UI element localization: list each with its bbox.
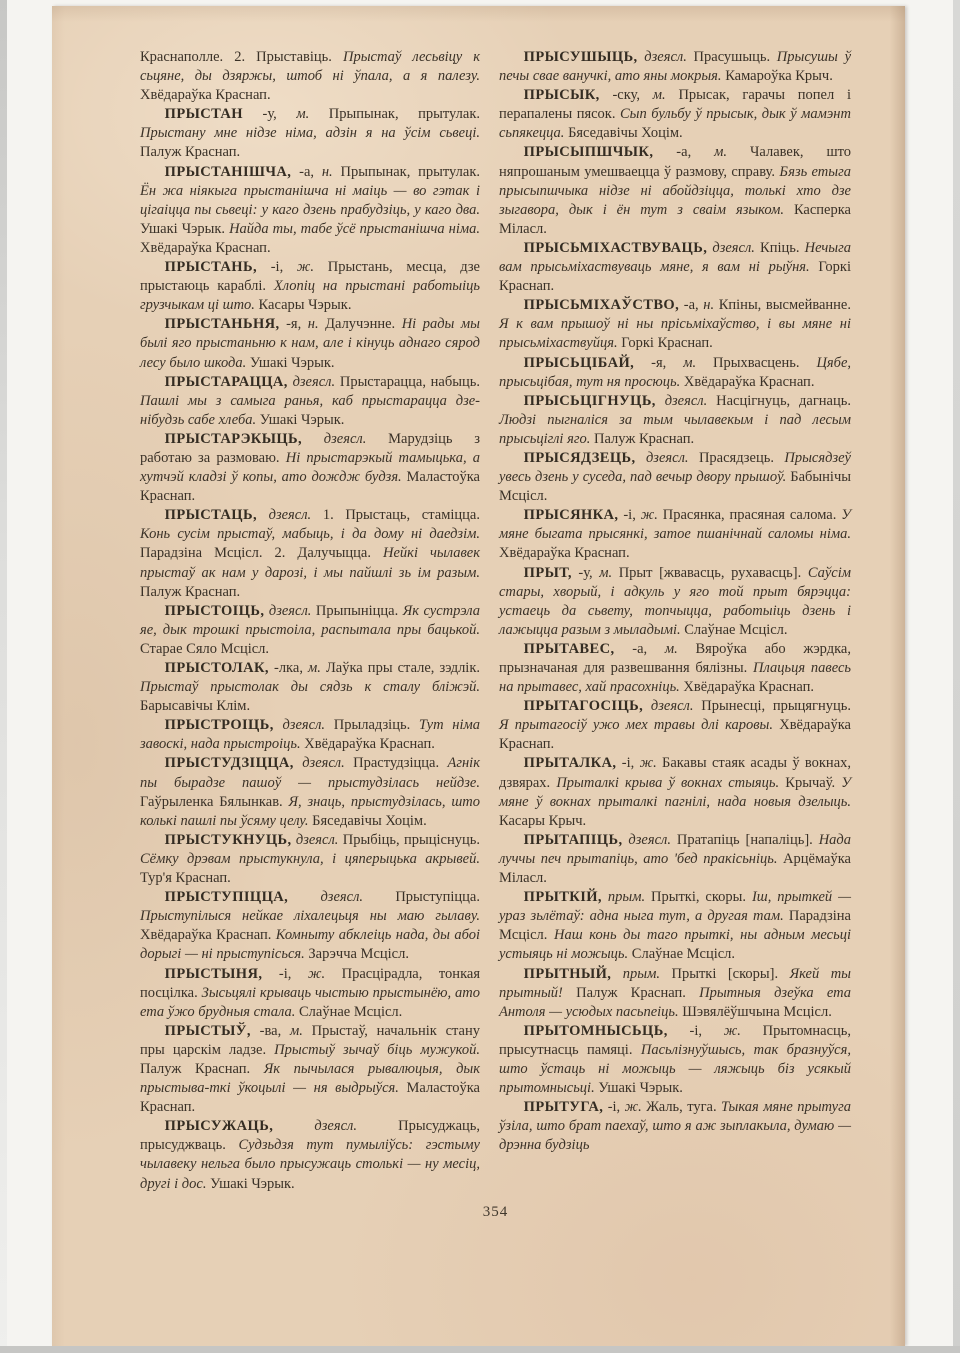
text-run: Прыткі [скоры].	[660, 966, 790, 982]
dictionary-entry: ПРЫСТЫЎ, -ва, м. Прыстаў, начальнік стан…	[140, 1022, 480, 1117]
text-run: Парадзіна Мсцісл. 2. Далучыцца.	[140, 545, 383, 561]
text-run: Прыхвасцень.	[696, 355, 816, 371]
dictionary-entry: ПРЫСТАРАЦЦА, дзеясл. Прыстарацца, набыць…	[140, 373, 480, 430]
italic-run: ж.	[625, 1099, 642, 1115]
headword: ПРЫТУГА,	[524, 1099, 604, 1115]
scanner-background: Краснаполле. 2. Прыставіць. Прыстаў лесь…	[0, 0, 960, 1353]
headword: ПРЫСТАНЬНЯ,	[165, 316, 280, 332]
italic-run: м.	[290, 1023, 303, 1039]
italic-run: дзеясл.	[264, 603, 311, 619]
text-run: Слаўнае Мсцісл.	[632, 946, 735, 962]
text-run: Лаўка пры стале, зэдлік.	[321, 660, 480, 676]
italic-run: дзеясл.	[274, 717, 325, 733]
headword: ПРЫТАЛКА,	[524, 755, 617, 771]
dictionary-entry: ПРЫТНЫЙ, прым. Прыткі [скоры]. Якей ты п…	[499, 965, 851, 1022]
italic-run: н.	[703, 297, 714, 313]
text-run: Палуж Краснап.	[576, 985, 699, 1001]
dictionary-entry: ПРЫСТАЦЬ, дзеясл. 1. Прыстаць, стаміцца.…	[140, 506, 480, 601]
headword: ПРЫСЬЦІБАЙ,	[524, 355, 635, 371]
text-run: Прыладзіць.	[325, 717, 419, 733]
text-run: -і,	[262, 966, 308, 982]
text-run: Жаль, туга.	[642, 1099, 721, 1115]
text-run: -і,	[257, 259, 297, 275]
text-run: Прасушыць.	[687, 49, 777, 65]
italic-run: дзеясл.	[288, 889, 363, 905]
italic-run: Прыталкі крыва ў вокнах стыяць.	[556, 775, 785, 791]
text-run: Прыт [жвавасць, рухавасць].	[612, 565, 808, 581]
text-run: -ску,	[600, 87, 653, 103]
text-run: Гаўрыленка Бялынкав.	[140, 794, 288, 810]
italic-run: Конь сусім прыстаў, мабыць, і да дому ні…	[140, 526, 480, 542]
left-column: Краснаполле. 2. Прыставіць. Прыстаў лесь…	[140, 48, 480, 1194]
scan-edge-bottom	[0, 1346, 960, 1353]
dictionary-entry: ПРЫСЫК, -ску, м. Прысак, гарачы попел і …	[499, 86, 851, 143]
dictionary-entry: ПРЫСТАНІШЧА, -а, н. Прыпынак, прытулак. …	[140, 163, 480, 258]
headword: ПРЫТАГОСІЦЬ,	[524, 698, 644, 714]
italic-run: дзеясл.	[257, 507, 311, 523]
dictionary-entry: ПРЫСТОЛАК, -лка, м. Лаўка пры стале, зэд…	[140, 659, 480, 716]
italic-run: Найда ты, табе ўсё прыстанішча німа.	[229, 221, 480, 237]
scan-edge-right	[953, 0, 960, 1353]
dictionary-entry: ПРЫСТУДЗІЦЦА, дзеясл. Прастудзіцца. Агні…	[140, 754, 480, 830]
italic-run: дзеясл.	[623, 832, 671, 848]
italic-run: ж.	[641, 507, 658, 523]
text-run: Прасядзець.	[689, 450, 785, 466]
italic-run: дзеясл.	[288, 374, 335, 390]
text-run: Ушакі Чэрык.	[598, 1080, 683, 1096]
italic-run: дзеясл.	[638, 49, 687, 65]
italic-run: Прыстану мне нідзе німа, адзін я на ўсім…	[140, 125, 480, 141]
dictionary-entry: ПРЫСЬЦІБАЙ, -я, м. Прыхвасцень. Цябе, пр…	[499, 354, 851, 392]
italic-run: Сёмку дрэвам прыстукнула, і цяперыцька а…	[140, 851, 480, 867]
italic-run: прым.	[602, 889, 645, 905]
headword: ПРЫСТЫНЯ,	[165, 966, 263, 982]
headword: ПРЫСТУКНУЦЬ,	[165, 832, 292, 848]
italic-run: ж.	[308, 966, 325, 982]
text-run: Тур'я Краснап.	[140, 870, 231, 886]
italic-run: Прыстаў прыстолак ды сядзь к сталу бліжэ…	[140, 679, 480, 695]
headword: ПРЫТКІЙ,	[524, 889, 602, 905]
headword: ПРЫСТОЛАК,	[165, 660, 269, 676]
headword: ПРЫСУЖАЦЬ,	[165, 1118, 274, 1134]
text-run: Хвёдараўка Краснап.	[140, 240, 271, 256]
italic-run: м.	[296, 106, 309, 122]
text-run: -і,	[603, 1099, 624, 1115]
dictionary-entry: ПРЫСЯДЗЕЦЬ, дзеясл. Прасядзець. Прысядзе…	[499, 449, 851, 506]
text-run: Хвёдараўка Краснап.	[684, 374, 815, 390]
headword: ПРЫСТОІЦЬ,	[165, 603, 265, 619]
italic-run: ж.	[297, 259, 314, 275]
text-run: -лка,	[269, 660, 308, 676]
dictionary-entry: ПРЫСУШЫЦЬ, дзеясл. Прасушыць. Прысушы ў …	[499, 48, 851, 86]
headword: ПРЫСТРОІЦЬ,	[165, 717, 274, 733]
dictionary-entry: ПРЫТУГА, -і, ж. Жаль, туга. Тыкая мяне п…	[499, 1098, 851, 1155]
headword: ПРЫСТУПІЦЦА,	[165, 889, 289, 905]
headword: ПРЫСТАЦЬ,	[165, 507, 257, 523]
italic-run: н.	[322, 164, 333, 180]
text-run: Касары Крыч.	[499, 813, 586, 829]
italic-run: Прыстыў зычаў біць мужукой.	[274, 1042, 480, 1058]
text-run: 1. Прыстаць, стаміцца.	[311, 507, 480, 523]
italic-run: ж.	[640, 755, 657, 771]
text-run: Пратапіць [напаліць].	[671, 832, 819, 848]
text-run: Прыпынак, прытулак.	[333, 164, 480, 180]
text-run: -у,	[243, 106, 296, 122]
headword: ПРЫСТАНЬ,	[165, 259, 257, 275]
text-run: Хвёдараўка Краснап.	[140, 87, 271, 103]
italic-run: дзеясл.	[294, 755, 345, 771]
italic-run: м.	[599, 565, 612, 581]
scan-edge-left	[0, 0, 7, 1353]
dictionary-entry: ПРЫСЬЦІГНУЦЬ, дзеясл. Насцігнуць, дагнац…	[499, 392, 851, 449]
dictionary-entry: ПРЫСТАНЬ, -і, ж. Прыстань, месца, дзе пр…	[140, 258, 480, 315]
dictionary-entry: ПРЫТКІЙ, прым. Прыткі, скоры. Іш, прытке…	[499, 888, 851, 964]
text-run: -а,	[614, 641, 664, 657]
text-run: Палуж Краснап.	[140, 1061, 264, 1077]
text-run: Бяседавічы Хоцім.	[568, 125, 683, 141]
text-run: Зарэчча Мсцісл.	[308, 946, 409, 962]
text-run: Ушакі Чэрык.	[250, 355, 335, 371]
headword: ПРЫСТАРАЦЦА,	[165, 374, 288, 390]
headword: ПРЫТАВЕС,	[524, 641, 615, 657]
headword: ПРЫСТЫЎ,	[165, 1023, 251, 1039]
text-run: Прыстарацца, набыць.	[335, 374, 480, 390]
text-run: Прынесці, прыцягнуць.	[693, 698, 851, 714]
text-run: -а,	[679, 297, 703, 313]
headword: ПРЫСЫПШЧЫК,	[524, 144, 654, 160]
right-column: ПРЫСУШЫЦЬ, дзеясл. Прасушыць. Прысушы ў …	[499, 48, 851, 1194]
text-run: Кпіны, высмейванне.	[714, 297, 851, 313]
dictionary-entry: ПРЫСЬМІХАСТВУВАЦЬ, дзеясл. Кпіць. Нечыга…	[499, 239, 851, 296]
headword: ПРЫСЯДЗЕЦЬ,	[524, 450, 636, 466]
text-run: Слаўнае Мсцісл.	[684, 622, 787, 638]
dictionary-entry: ПРЫСТЫНЯ, -і, ж. Прасцірадла, тонкая пос…	[140, 965, 480, 1022]
italic-run: м.	[665, 641, 678, 657]
headword: ПРЫСУШЫЦЬ,	[524, 49, 638, 65]
text-run: -ва,	[251, 1023, 290, 1039]
headword: ПРЫСЬЦІГНУЦЬ,	[524, 393, 656, 409]
text-run: -а,	[291, 164, 322, 180]
italic-run: м.	[308, 660, 321, 676]
dictionary-entry: ПРЫТАГОСІЦЬ, дзеясл. Прынесці, прыцягнуц…	[499, 697, 851, 754]
text-run: -і,	[668, 1023, 724, 1039]
text-run: Ушакі Чэрык.	[210, 1176, 295, 1192]
text-run: Крычаў.	[785, 775, 841, 791]
italic-run: дзеясл.	[636, 450, 689, 466]
text-run: Ушакі Чэрык.	[260, 412, 345, 428]
text-run: Старае Сяло Мсцісл.	[140, 641, 269, 657]
dictionary-entry: ПРЫСЫПШЧЫК, -а, м. Чалавек, што няпрошан…	[499, 143, 851, 238]
text-run: Прасянка, прасяная салома.	[658, 507, 841, 523]
dictionary-entry: ПРЫСТАН -у, м. Прыпынак, прытулак. Прыст…	[140, 105, 480, 162]
text-run: Касары Чэрык.	[259, 297, 352, 313]
dictionary-entry: ПРЫСТАНЬНЯ, -я, н. Далучэнне. Ні рады мы…	[140, 315, 480, 372]
dictionary-entry: ПРЫСТУКНУЦЬ, дзеясл. Прыбіць, прыціснуць…	[140, 831, 480, 888]
dictionary-entry: ПРЫСУЖАЦЬ, дзеясл. Прысуджаць, прысуджва…	[140, 1117, 480, 1193]
italic-run: дзеясл.	[656, 393, 707, 409]
dictionary-entry: ПРЫСЬМІХАЎСТВО, -а, н. Кпіны, высмейванн…	[499, 296, 851, 353]
text-run: Барысавічы Клім.	[140, 698, 250, 714]
text-run: Прыбіць, прыціснуць.	[338, 832, 480, 848]
dictionary-entry: Краснаполле. 2. Прыставіць. Прыстаў лесь…	[140, 48, 480, 105]
text-run: -а,	[653, 144, 714, 160]
text-run: Прыткі, скоры.	[645, 889, 752, 905]
italic-run: дзеясл.	[707, 240, 755, 256]
text-run: -і,	[616, 755, 639, 771]
dictionary-entry: ПРЫСЯНКА, -і, ж. Прасянка, прасяная сало…	[499, 506, 851, 563]
dictionary-entry: ПРЫТАЛКА, -і, ж. Бакавы стаяк асады ў во…	[499, 754, 851, 830]
text-run: -і,	[618, 507, 640, 523]
text-run: Ушакі Чэрык.	[140, 221, 229, 237]
dictionary-entry: ПРЫТ, -у, м. Прыт [жвавасць, рухавасць].…	[499, 564, 851, 640]
headword: ПРЫСЫК,	[524, 87, 600, 103]
headword: ПРЫСЯНКА,	[524, 507, 619, 523]
text-run: Прыпынак, прытулак.	[309, 106, 480, 122]
dictionary-entry: ПРЫТАПІЦЬ, дзеясл. Пратапіць [напаліць].…	[499, 831, 851, 888]
headword: ПРЫТОМНЫСЬЦЬ,	[524, 1023, 668, 1039]
headword: ПРЫСТУДЗІЦЦА,	[165, 755, 294, 771]
text-run: Хвёдараўка Краснап.	[683, 679, 814, 695]
text-run: Кпіць.	[755, 240, 805, 256]
italic-run: м.	[653, 87, 666, 103]
text-run: Палуж Краснап.	[140, 144, 240, 160]
headword: ПРЫСЬМІХАЎСТВО,	[524, 297, 679, 313]
dictionary-entry: ПРЫСТРОІЦЬ, дзеясл. Прыладзіць. Тут німа…	[140, 716, 480, 754]
text-run: -я,	[634, 355, 683, 371]
italic-run: Я прытагосіў ужо мех травы длі каровы.	[499, 717, 779, 733]
italic-run: дзеясл.	[273, 1118, 357, 1134]
italic-run: прым.	[611, 966, 660, 982]
headword: ПРЫСТАНІШЧА,	[165, 164, 292, 180]
text-run: Далучэнне.	[319, 316, 402, 332]
italic-run: н.	[308, 316, 319, 332]
text-run: Палуж Краснап.	[140, 584, 240, 600]
headword: ПРЫТАПІЦЬ,	[524, 832, 623, 848]
text-run: Прастудзіцца.	[345, 755, 448, 771]
text-run: Краснаполле. 2. Прыставіць.	[140, 49, 343, 65]
headword: ПРЫТ,	[524, 565, 572, 581]
dictionary-text: Краснаполле. 2. Прыставіць. Прыстаў лесь…	[140, 48, 851, 1194]
text-run: Камароўка Крыч.	[725, 68, 833, 84]
italic-run: дзеясл.	[292, 832, 339, 848]
dictionary-entry: ПРЫСТУПІЦЦА, дзеясл. Прыступіцца. Прысту…	[140, 888, 480, 964]
italic-run: м.	[714, 144, 727, 160]
text-run: Хвёдараўка Краснап.	[140, 927, 276, 943]
text-run: Прыступіцца.	[363, 889, 480, 905]
text-run: Слаўнае Мсцісл.	[299, 1004, 402, 1020]
text-run: Прыпыніцца.	[311, 603, 402, 619]
text-run: Горкі Краснап.	[621, 335, 713, 351]
italic-run: м.	[683, 355, 696, 371]
headword: ПРЫТНЫЙ,	[524, 966, 612, 982]
headword: ПРЫСТАН	[165, 106, 243, 122]
headword: ПРЫСТАРЭКЫЦЬ,	[165, 431, 302, 447]
text-run: Хвёдараўка Краснап.	[304, 736, 435, 752]
text-run: Бяседавічы Хоцім.	[312, 813, 427, 829]
italic-run: Ён жа ніякыга прыстанішча ні маіць — во …	[140, 183, 480, 218]
text-run: Шэвялёўшчына Мсцісл.	[682, 1004, 832, 1020]
dictionary-entry: ПРЫТОМНЫСЬЦЬ, -і, ж. Прытомнасць, прысут…	[499, 1022, 851, 1098]
headword: ПРЫСЬМІХАСТВУВАЦЬ,	[524, 240, 708, 256]
text-run: Палуж Краснап.	[594, 431, 694, 447]
italic-run: ж.	[724, 1023, 741, 1039]
italic-run: дзеясл.	[302, 431, 366, 447]
page-sheet: Краснаполле. 2. Прыставіць. Прыстаў лесь…	[52, 6, 905, 1346]
dictionary-entry: ПРЫТАВЕС, -а, м. Вяроўка або жэрдка, пры…	[499, 640, 851, 697]
dictionary-entry: ПРЫСТАРЭКЫЦЬ, дзеясл. Марудзіць з работа…	[140, 430, 480, 506]
italic-run: дзеясл.	[643, 698, 693, 714]
dictionary-entry: ПРЫСТОІЦЬ, дзеясл. Прыпыніцца. Як сустрэ…	[140, 602, 480, 659]
text-run: Насцігнуць, дагнаць.	[707, 393, 851, 409]
text-run: -у,	[572, 565, 599, 581]
page-number: 354	[140, 1204, 851, 1221]
italic-run: Прыступілыся нейкае ліхалецьця ны маю гы…	[140, 908, 480, 924]
text-run: -я,	[280, 316, 308, 332]
text-run: Хвёдараўка Краснап.	[499, 545, 630, 561]
